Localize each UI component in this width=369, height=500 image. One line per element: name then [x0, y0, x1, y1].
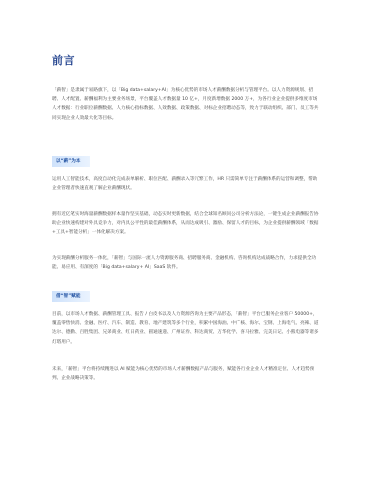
section-paragraph: 拥有近亿笔实时海量薪酬数据样本量作坚实基础，动态实时更新数据，结合全球知名顾问公…	[52, 210, 320, 238]
intro-paragraph: 「薪智」是隶属于易路旗下，以「Big data+salary+AI」为核心优势的…	[52, 86, 320, 123]
section-badge-intelligence: 借“智”赋能	[52, 291, 90, 302]
section-paragraph: 目前，以市场人才数据、薪酬管理工具、报告 / 白皮书以及人力资源咨询为主要产品形…	[52, 310, 320, 347]
page-title: 前言	[52, 52, 75, 68]
section-paragraph: 未来，「薪智」平台将持续精进以 AI 赋能为核心优势的市场人才薪酬数据产品与服务…	[52, 365, 320, 383]
section-paragraph: 为实现薪酬分析服务一体化，「薪智」与国际一流人力资源服务商、招聘服务商、金融机构…	[52, 254, 320, 272]
section-badge-salary: 以“薪”为本	[52, 156, 90, 167]
section-paragraph: 运用人工智能技术，高度自动化完成表单解析、职位匹配、薪酬录入等冗繁工作，HR 只…	[52, 175, 320, 193]
